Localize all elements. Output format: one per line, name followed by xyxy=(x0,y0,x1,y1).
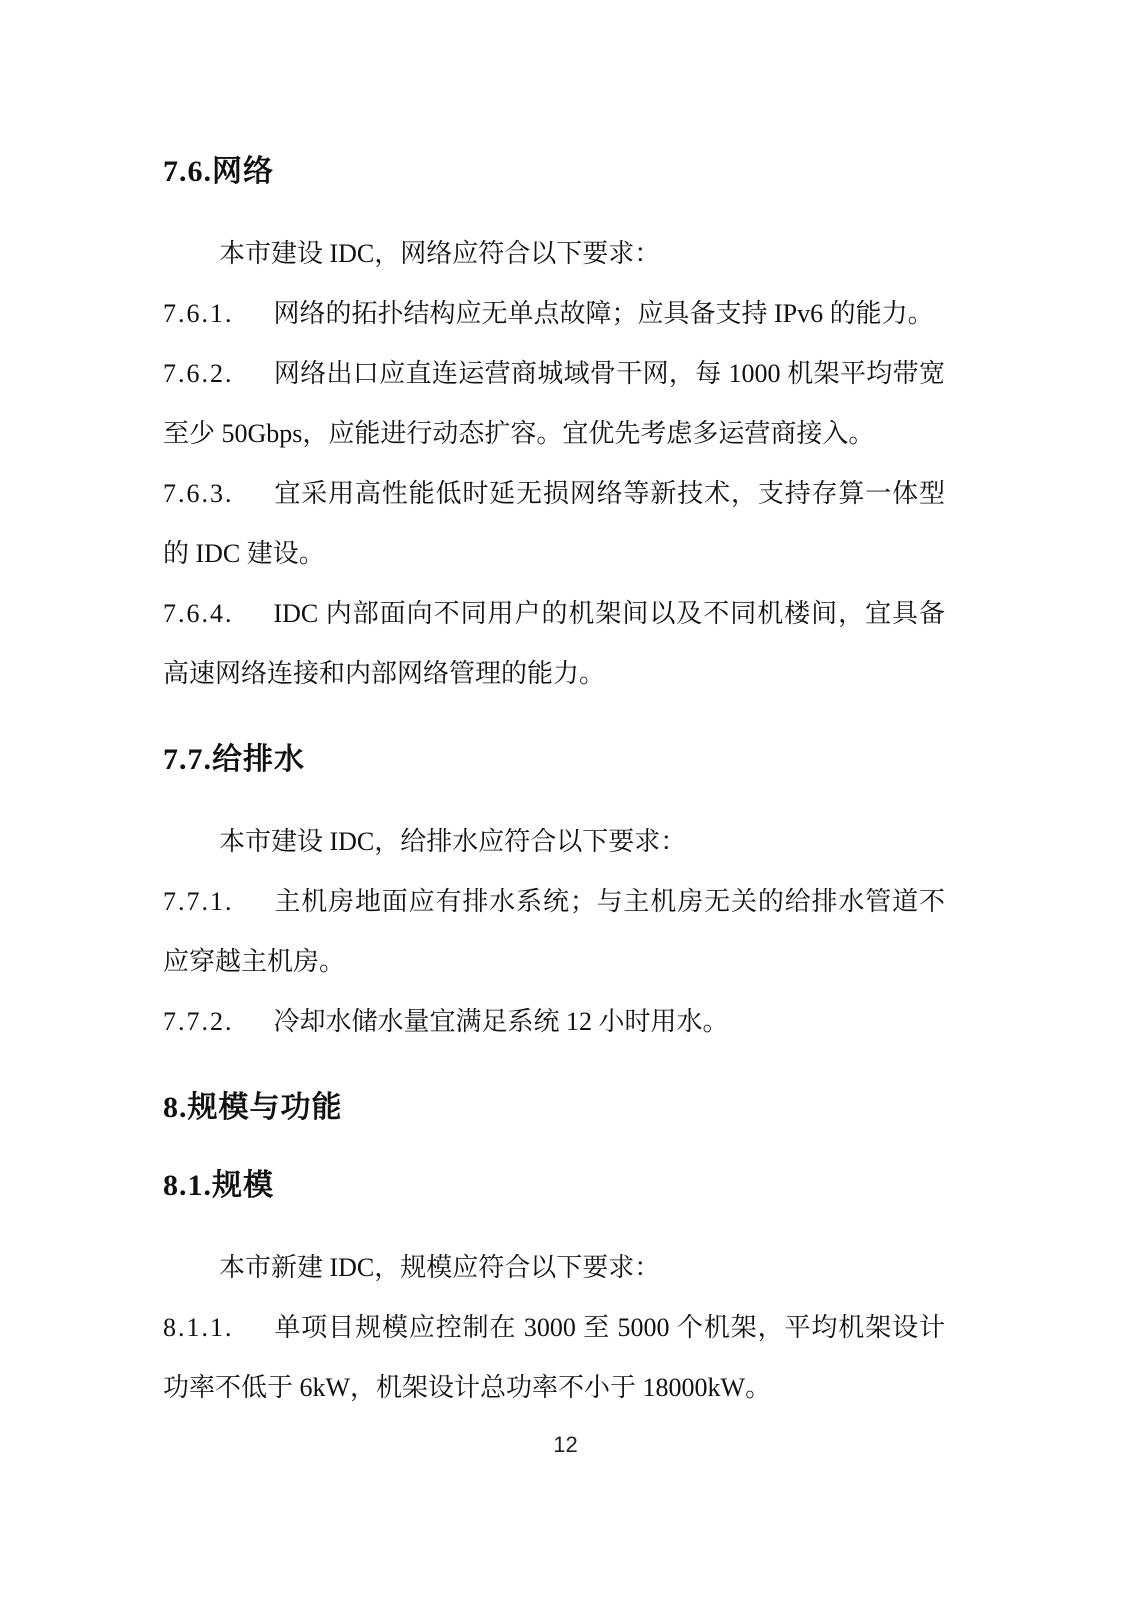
clause-7-6-4: 7.6.4.IDC 内部面向不同用户的机架间以及不同机楼间，宜具备高速网络连接和… xyxy=(163,584,945,704)
clause-8-1-1: 8.1.1.单项目规模应控制在 3000 至 5000 个机架，平均机架设计功率… xyxy=(163,1298,945,1418)
section-heading-7-6: 7.6.网络 xyxy=(163,150,945,194)
clause-7-6-1: 7.6.1.网络的拓扑结构应无单点故障；应具备支持 IPv6 的能力。 xyxy=(163,284,945,344)
clause-text: IDC 内部面向不同用户的机架间以及不同机楼间，宜具备高速网络连接和内部网络管理… xyxy=(163,599,945,688)
clause-number: 7.6.2. xyxy=(163,359,234,388)
clause-text: 网络出口应直连运营商城域骨干网，每 1000 机架平均带宽至少 50Gbps，应… xyxy=(163,359,945,448)
clause-number: 7.6.4. xyxy=(163,599,234,628)
clause-text: 网络的拓扑结构应无单点故障；应具备支持 IPv6 的能力。 xyxy=(274,299,934,328)
document-body: 7.6.网络 本市建设 IDC，网络应符合以下要求： 7.6.1.网络的拓扑结构… xyxy=(163,116,945,1418)
page-number: 12 xyxy=(0,1432,1131,1458)
clause-number: 7.6.1. xyxy=(163,299,234,328)
clause-number: 7.7.2. xyxy=(163,1007,234,1036)
section-heading-8-1: 8.1.规模 xyxy=(163,1164,945,1208)
clause-text: 单项目规模应控制在 3000 至 5000 个机架，平均机架设计功率不低于 6k… xyxy=(163,1313,945,1402)
clause-7-7-2: 7.7.2.冷却水储水量宜满足系统 12 小时用水。 xyxy=(163,992,945,1052)
clause-number: 7.6.3. xyxy=(163,479,234,508)
clause-7-7-1: 7.7.1.主机房地面应有排水系统；与主机房无关的给排水管道不应穿越主机房。 xyxy=(163,872,945,992)
document-page: { "doc": { "sections": [ { "heading": "7… xyxy=(0,0,1131,1600)
chapter-heading-8: 8.规模与功能 xyxy=(163,1086,945,1130)
clause-7-6-2: 7.6.2.网络出口应直连运营商城域骨干网，每 1000 机架平均带宽至少 50… xyxy=(163,344,945,464)
clause-text: 主机房地面应有排水系统；与主机房无关的给排水管道不应穿越主机房。 xyxy=(163,887,945,976)
section-heading-7-7: 7.7.给排水 xyxy=(163,738,945,782)
clause-number: 8.1.1. xyxy=(163,1313,234,1342)
section-intro-7-7: 本市建设 IDC，给排水应符合以下要求： xyxy=(163,812,945,872)
clause-number: 7.7.1. xyxy=(163,887,234,916)
clause-7-6-3: 7.6.3.宜采用高性能低时延无损网络等新技术，支持存算一体型的 IDC 建设。 xyxy=(163,464,945,584)
section-intro-7-6: 本市建设 IDC，网络应符合以下要求： xyxy=(163,224,945,284)
section-intro-8-1: 本市新建 IDC，规模应符合以下要求： xyxy=(163,1238,945,1298)
clause-text: 冷却水储水量宜满足系统 12 小时用水。 xyxy=(274,1007,729,1036)
clause-text: 宜采用高性能低时延无损网络等新技术，支持存算一体型的 IDC 建设。 xyxy=(163,479,945,568)
